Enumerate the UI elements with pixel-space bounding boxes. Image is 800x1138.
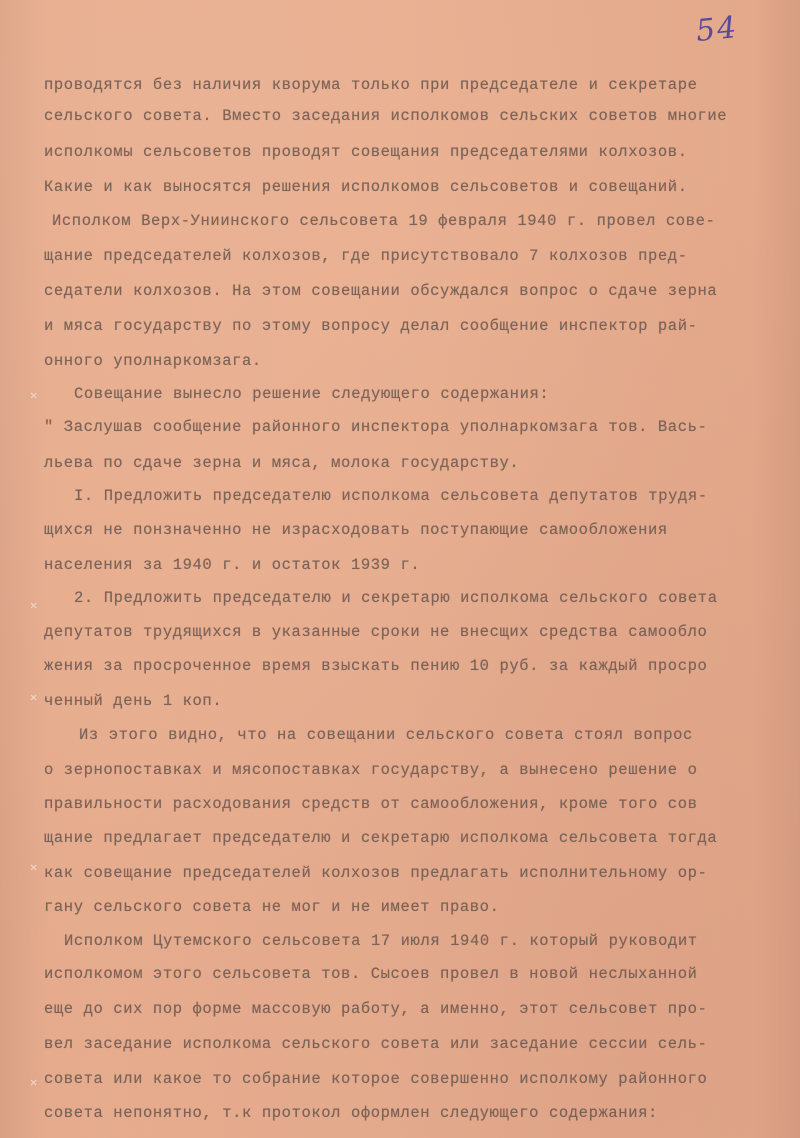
text-line: щание предлагает председателю и секретар… <box>44 829 792 847</box>
text-line: исполкомом этого сельсовета тов. Сысоев … <box>44 965 792 983</box>
text-line: исполкомы сельсоветов проводят совещания… <box>44 143 792 161</box>
text-line: щихся не понзначенно не израсходовать по… <box>44 521 792 539</box>
text-line: о зернопоставках и мясопоставках государ… <box>44 761 792 779</box>
text-line: льева по сдаче зерна и мяса, молока госу… <box>44 454 792 472</box>
text-line: Исполком Цутемского сельсовета 17 июля 1… <box>64 932 792 950</box>
text-line: Совещание вынесло решение следующего сод… <box>74 385 792 403</box>
text-line: Какие и как выносятся решения исполкомов… <box>44 178 792 196</box>
text-line: совета непонятно, т.к протокол оформлен … <box>44 1104 792 1122</box>
text-line: правильности расходования средств от сам… <box>44 795 792 813</box>
text-line: " Заслушав сообщение районного инспектор… <box>44 418 792 436</box>
text-line: сельского совета. Вместо заседания испол… <box>44 107 792 125</box>
punch-hole-mark: ✕ <box>30 690 37 705</box>
text-line: и мяса государству по этому вопросу дела… <box>44 317 792 335</box>
document-page: 54 проводятся без наличия кворума только… <box>0 0 800 1138</box>
text-line: ченный день 1 коп. <box>44 692 792 710</box>
punch-hole-mark: ✕ <box>30 388 37 403</box>
text-line: Из этого видно, что на совещании сельско… <box>79 726 792 744</box>
text-line: депутатов трудящихся в указанные сроки н… <box>44 623 792 641</box>
text-line: I. Предложить председателю исполкома сел… <box>74 487 792 505</box>
punch-hole-mark: ✕ <box>30 1075 37 1090</box>
text-line: вел заседание исполкома сельского совета… <box>44 1035 792 1053</box>
text-line: еще до сих пор форме массовую работу, а … <box>44 1000 792 1018</box>
punch-hole-mark: ✕ <box>30 598 37 613</box>
text-line: совета или какое то собрание которое сов… <box>44 1070 792 1088</box>
punch-hole-mark: ✕ <box>30 860 37 875</box>
text-line: щание председателей колхозов, где присут… <box>44 247 792 265</box>
text-line: проводятся без наличия кворума только пр… <box>44 76 792 94</box>
text-line: жения за просроченное время взыскать пен… <box>44 657 792 675</box>
text-line: гану сельского совета не мог и не имеет … <box>44 898 792 916</box>
text-line: как совещание председателей колхозов пре… <box>44 864 792 882</box>
text-line: населения за 1940 г. и остаток 1939 г. <box>44 556 792 574</box>
text-line: 2. Предложить председателю и секретарю и… <box>74 589 792 607</box>
text-line: онного уполнаркомзага. <box>44 352 792 370</box>
text-line: седатели колхозов. На этом совещании обс… <box>44 282 792 300</box>
page-number: 54 <box>694 10 740 49</box>
text-line: Исполком Верх-Униинского сельсовета 19 ф… <box>52 212 792 230</box>
